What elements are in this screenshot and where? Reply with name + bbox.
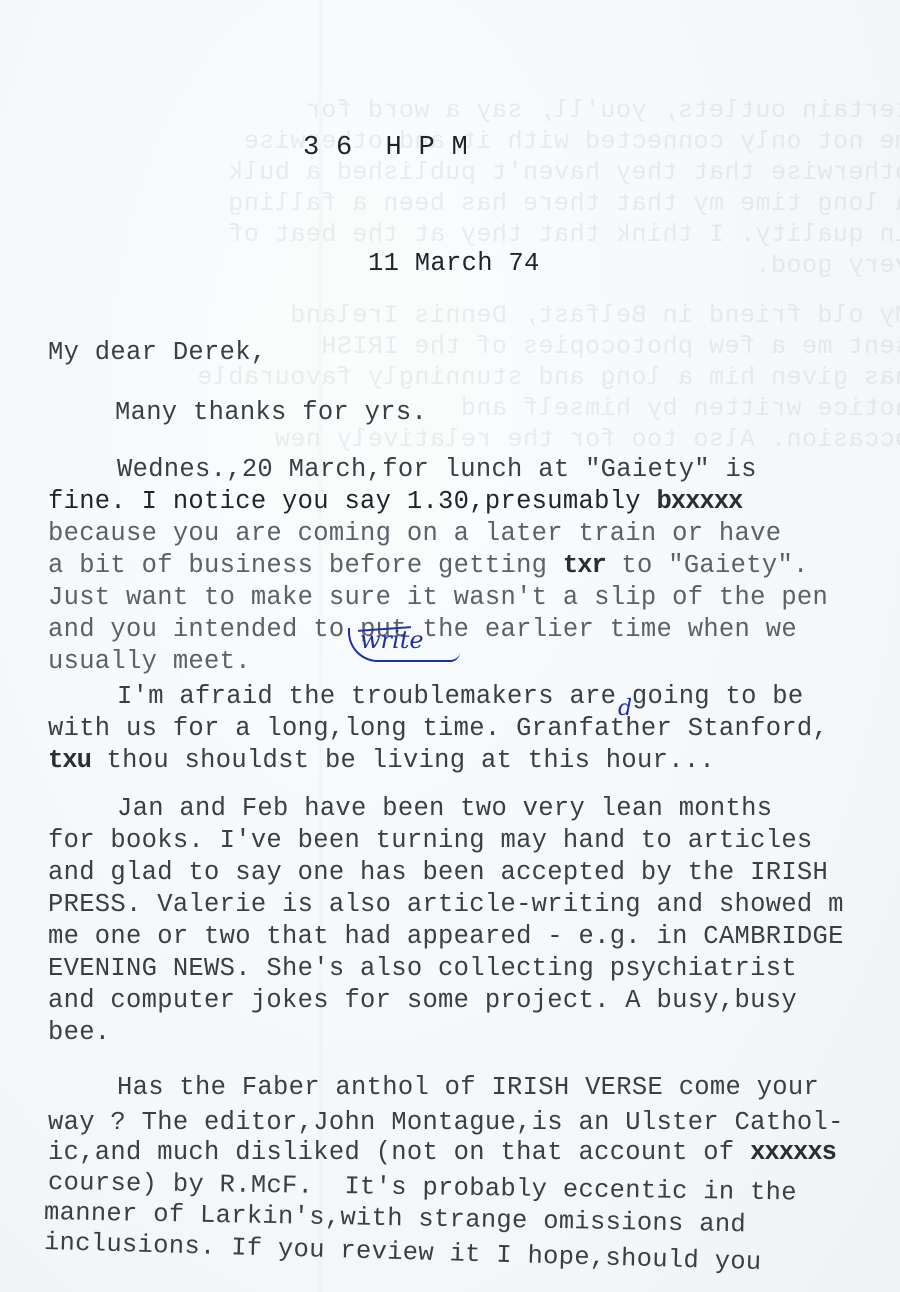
paragraph-2-line-2: fine. I notice you say 1.30,presumably b… — [48, 489, 742, 515]
text: to "Gaiety". — [606, 551, 809, 580]
text: fine. I notice you say 1.30,presumably — [48, 487, 657, 516]
paragraph-3-line-1: I'm afraid the troublemakers are going t… — [117, 684, 804, 710]
paragraph-5-line-1: Has the Faber anthol of IRISH VERSE come… — [117, 1075, 819, 1101]
typed-xout: txr — [563, 551, 606, 580]
text: the earlier time when we — [407, 615, 797, 644]
paragraph-2-line-5: Just want to make sure it wasn't a slip … — [48, 585, 828, 611]
paragraph-5-line-3: ic,and much disliked (not on that accoun… — [48, 1140, 836, 1166]
paragraph-2-line-7: usually meet. — [48, 649, 251, 675]
paragraph-4-line-7: and computer jokes for some project. A b… — [48, 988, 797, 1014]
paragraph-1: Many thanks for yrs. — [115, 400, 427, 426]
salutation: My dear Derek, — [48, 340, 266, 366]
typed-xout: xxxxxs — [750, 1138, 836, 1167]
typed-xout: bxxxxx — [657, 487, 743, 516]
paragraph-5-line-2: way ? The editor,John Montague,is an Uls… — [48, 1110, 844, 1136]
handwritten-correction-d: d — [618, 696, 632, 721]
bleed-through-text-2: My old friend in Belfast, Dennis Ireland… — [130, 300, 900, 455]
paragraph-2-line-3: because you are coming on a later train … — [48, 521, 781, 547]
paragraph-3-line-3: txu thou shouldst be living at this hour… — [48, 748, 715, 774]
text: thou shouldst be living at this hour... — [91, 746, 715, 775]
typed-xout: txu — [48, 746, 91, 775]
paragraph-2-line-1: Wednes.,20 March,for lunch at "Gaiety" i… — [117, 457, 757, 483]
address-heading: 3 6 H P M — [303, 135, 468, 162]
paragraph-4-line-2: for books. I've been turning may hand to… — [48, 828, 813, 854]
paragraph-4-line-8: bee. — [48, 1020, 110, 1046]
letter-date: 11 March 74 — [368, 251, 540, 277]
text: ic,and much disliked (not on that accoun… — [48, 1138, 750, 1167]
paragraph-4-line-1: Jan and Feb have been two very lean mont… — [117, 796, 772, 822]
letter-page: tertain outlets, you'll, say a word for … — [0, 0, 900, 1292]
paragraph-3-line-2: with us for a long,long time. Granfather… — [48, 716, 828, 742]
paragraph-4-line-6: EVENING NEWS. She's also collecting psyc… — [48, 956, 797, 982]
text: a bit of business before getting — [48, 551, 563, 580]
paragraph-2-line-4: a bit of business before getting txr to … — [48, 553, 809, 579]
text: and you intended to — [48, 615, 360, 644]
paragraph-4-line-5: me one or two that had appeared - e.g. i… — [48, 924, 844, 950]
handwritten-loop-mark — [348, 628, 460, 662]
paragraph-4-line-4: PRESS. Valerie is also article-writing a… — [48, 892, 844, 918]
paragraph-4-line-3: and glad to say one has been accepted by… — [48, 860, 828, 886]
